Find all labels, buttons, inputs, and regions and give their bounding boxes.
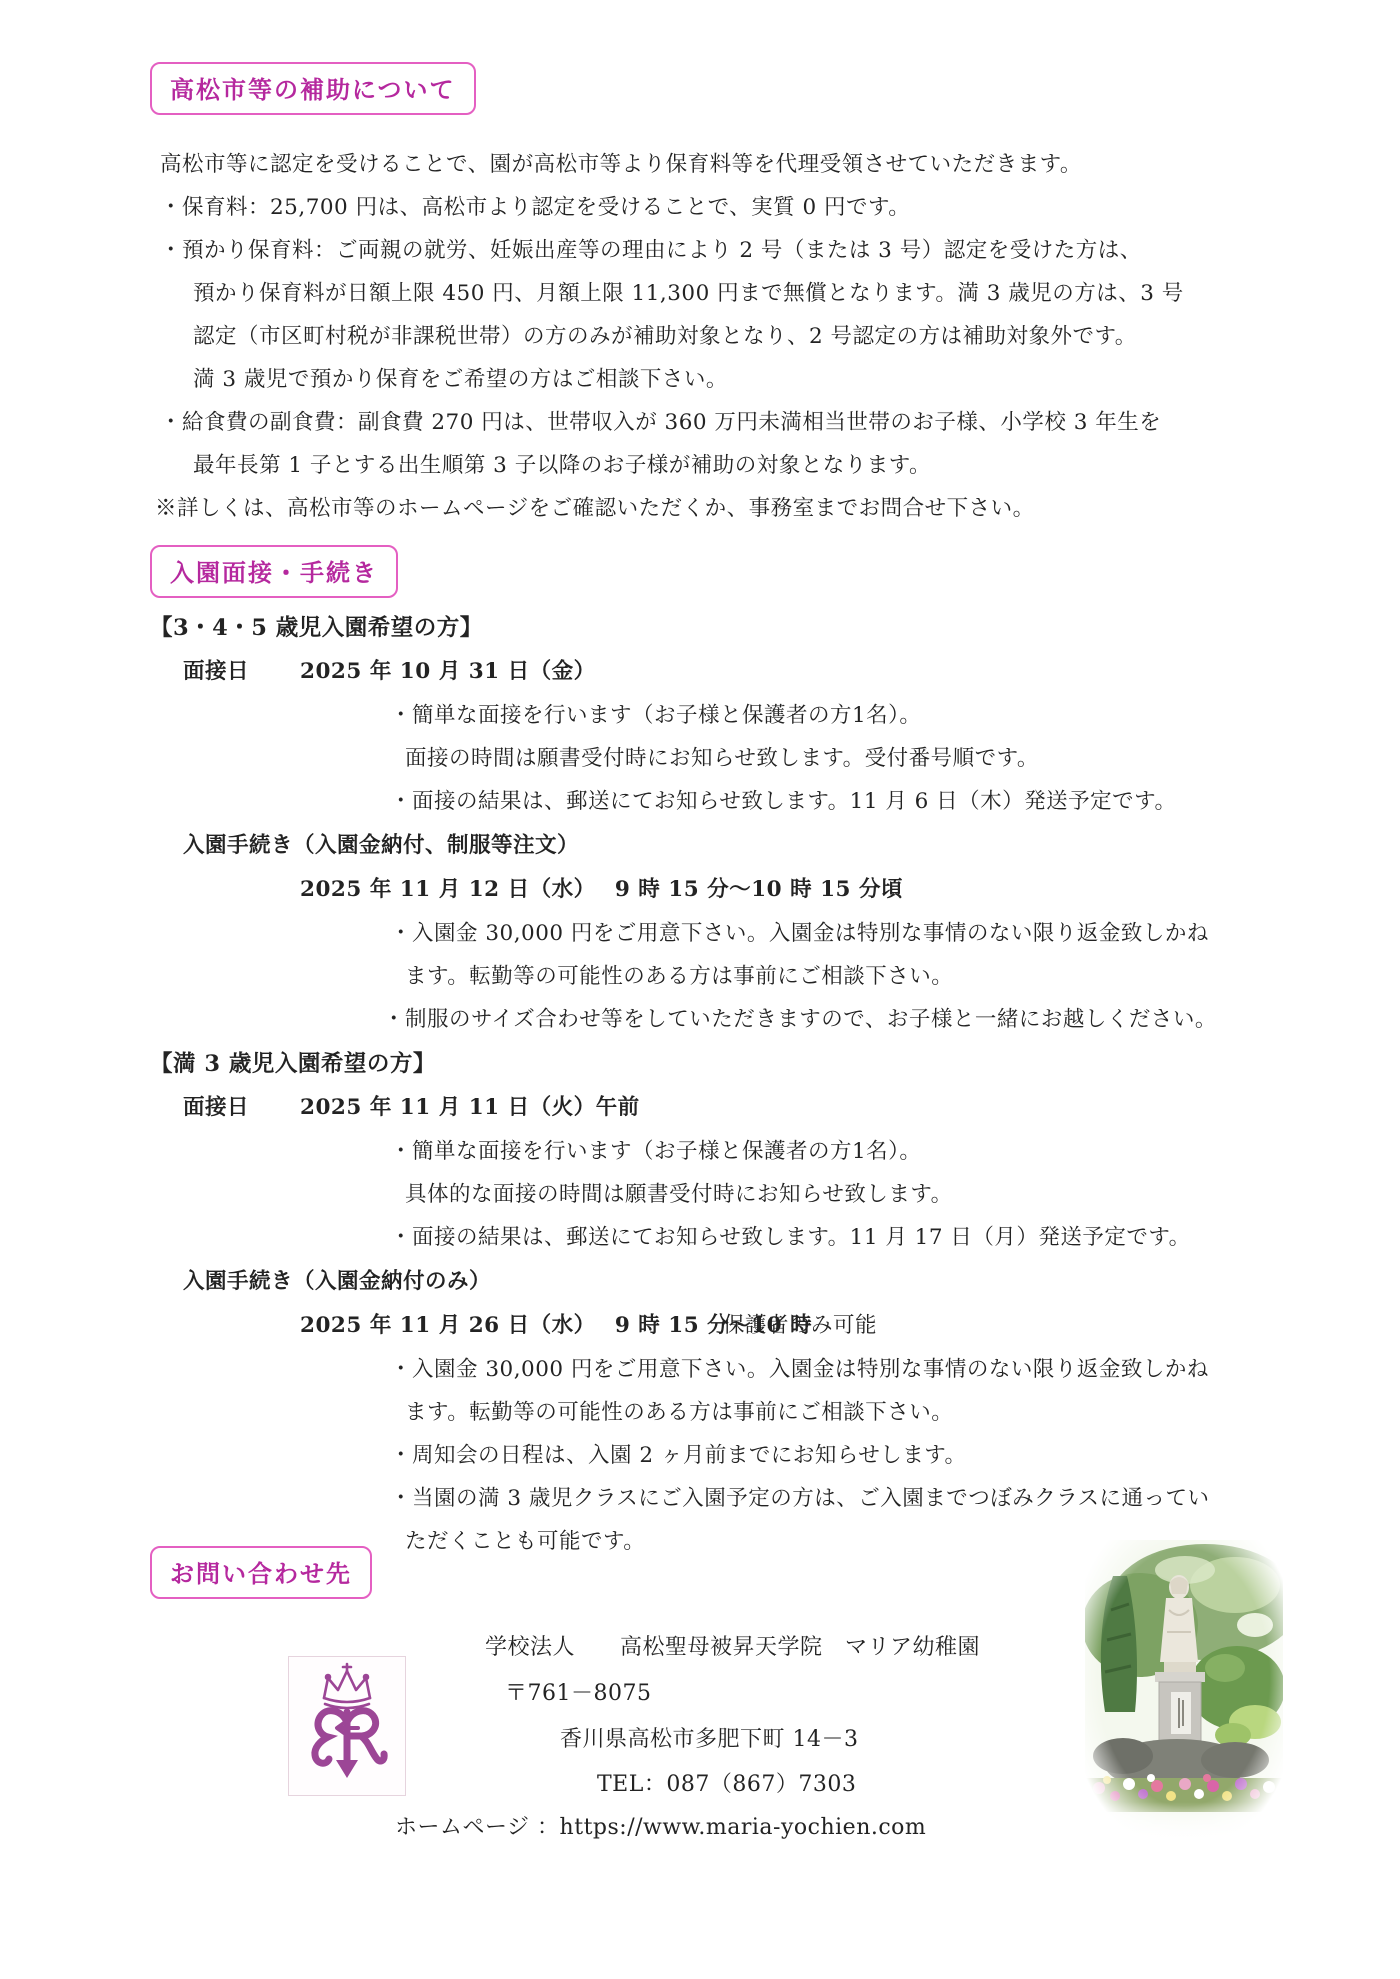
- subsidy-note: ※詳しくは、高松市等のホームページをご確認いただくか、事務室までお問合せ下さい。: [155, 491, 1035, 522]
- groupA-procedure-date: 2025 年 11 月 12 日（水） 9 時 15 分～10 時 15 分頃: [300, 872, 903, 903]
- groupB-bullet-5-cont: ただくことも可能です。: [405, 1524, 645, 1555]
- subsidy-intro: 高松市等に認定を受けることで、園が高松市等より保育料等を代理受領させていただきま…: [160, 147, 1082, 178]
- groupA-bullet-4: ・制服のサイズ合わせ等をしていただきますので、お子様と一緒にお越しください。: [383, 1002, 1217, 1033]
- groupA-bullet-3-cont: ます。転勤等の可能性のある方は事前にご相談下さい。: [405, 959, 953, 990]
- groupA-title: 【3・4・5 歳児入園希望の方】: [150, 610, 483, 642]
- groupB-procedure-title: 入園手続き（入園金納付のみ）: [183, 1264, 491, 1295]
- groupA-bullet-2: ・面接の結果は、郵送にてお知らせ致します。11 月 6 日（木）発送予定です。: [390, 784, 1176, 815]
- groupB-bullet-4: ・周知会の日程は、入園 2 ヶ月前までにお知らせします。: [390, 1438, 967, 1469]
- groupA-bullet-1-cont: 面接の時間は願書受付時にお知らせ致します。受付番号順です。: [405, 741, 1039, 772]
- groupA-interview-label: 面接日: [183, 654, 249, 685]
- groupB-bullet-3-cont: ます。転勤等の可能性のある方は事前にご相談下さい。: [405, 1395, 953, 1426]
- school-crest-logo-icon: [288, 1656, 406, 1796]
- subsidy-azukari-line-1: ・預かり保育料：ご両親の就労、妊娠出産等の理由により 2 号（または 3 号）認…: [160, 233, 1142, 264]
- contact-homepage: ホームページ ：https://www.maria-yochien.com: [395, 1810, 926, 1841]
- statue-photo: [1085, 1540, 1283, 1838]
- subsidy-meal-line-2: 最年長第 1 子とする出生順第 3 子以降のお子様が補助の対象となります。: [193, 448, 931, 479]
- groupB-title: 【満 3 歳児入園希望の方】: [150, 1046, 436, 1078]
- contact-address: 香川県高松市多肥下町 14－3: [560, 1722, 859, 1753]
- contact-tel: TEL：087（867）7303: [597, 1767, 856, 1798]
- subsidy-fee-bullet: ・保育料：25,700 円は、高松市より認定を受けることで、実質 0 円です。: [160, 190, 910, 221]
- groupB-bullet-1: ・簡単な面接を行います（お子様と保護者の方1名）。: [390, 1134, 921, 1165]
- groupB-interview-label: 面接日: [183, 1090, 249, 1121]
- groupB-procedure-note: 保護者のみ可能: [723, 1308, 877, 1339]
- contact-section-heading: お問い合わせ先: [150, 1546, 372, 1599]
- groupA-procedure-title: 入園手続き（入園金納付、制服等注文）: [183, 828, 579, 859]
- groupB-interview-date: 2025 年 11 月 11 日（火）午前: [300, 1090, 640, 1121]
- subsidy-azukari-line-3: 認定（市区町村税が非課税世帯）の方のみが補助対象となり、2 号認定の方は補助対象…: [193, 319, 1137, 350]
- subsidy-azukari-line-4: 満 3 歳児で預かり保育をご希望の方はご相談下さい。: [193, 362, 728, 393]
- subsidy-section-heading: 高松市等の補助について: [150, 62, 476, 115]
- groupA-interview-date: 2025 年 10 月 31 日（金）: [300, 654, 596, 685]
- contact-postal-code: 〒761－8075: [505, 1676, 651, 1707]
- interview-section-heading: 入園面接・手続き: [150, 545, 398, 598]
- groupA-bullet-1: ・簡単な面接を行います（お子様と保護者の方1名）。: [390, 698, 921, 729]
- document-page: 高松市等の補助について 高松市等に認定を受けることで、園が高松市等より保育料等を…: [0, 0, 1400, 1979]
- groupA-bullet-3: ・入園金 30,000 円をご用意下さい。入園金は特別な事情のない限り返金致しか…: [390, 916, 1209, 947]
- groupB-bullet-2: ・面接の結果は、郵送にてお知らせ致します。11 月 17 日（月）発送予定です。: [390, 1220, 1191, 1251]
- groupB-bullet-5: ・当園の満 3 歳児クラスにご入園予定の方は、ご入園までつぼみクラスに通ってい: [390, 1481, 1210, 1512]
- contact-org-line: 学校法人 高松聖母被昇天学院 マリア幼稚園: [485, 1630, 980, 1661]
- subsidy-meal-line-1: ・給食費の副食費：副食費 270 円は、世帯収入が 360 万円未満相当世帯のお…: [160, 405, 1161, 436]
- groupB-bullet-3: ・入園金 30,000 円をご用意下さい。入園金は特別な事情のない限り返金致しか…: [390, 1352, 1209, 1383]
- groupB-bullet-1-cont: 具体的な面接の時間は願書受付時にお知らせ致します。: [405, 1177, 953, 1208]
- subsidy-azukari-line-2: 預かり保育料が日額上限 450 円、月額上限 11,300 円まで無償となります…: [193, 276, 1184, 307]
